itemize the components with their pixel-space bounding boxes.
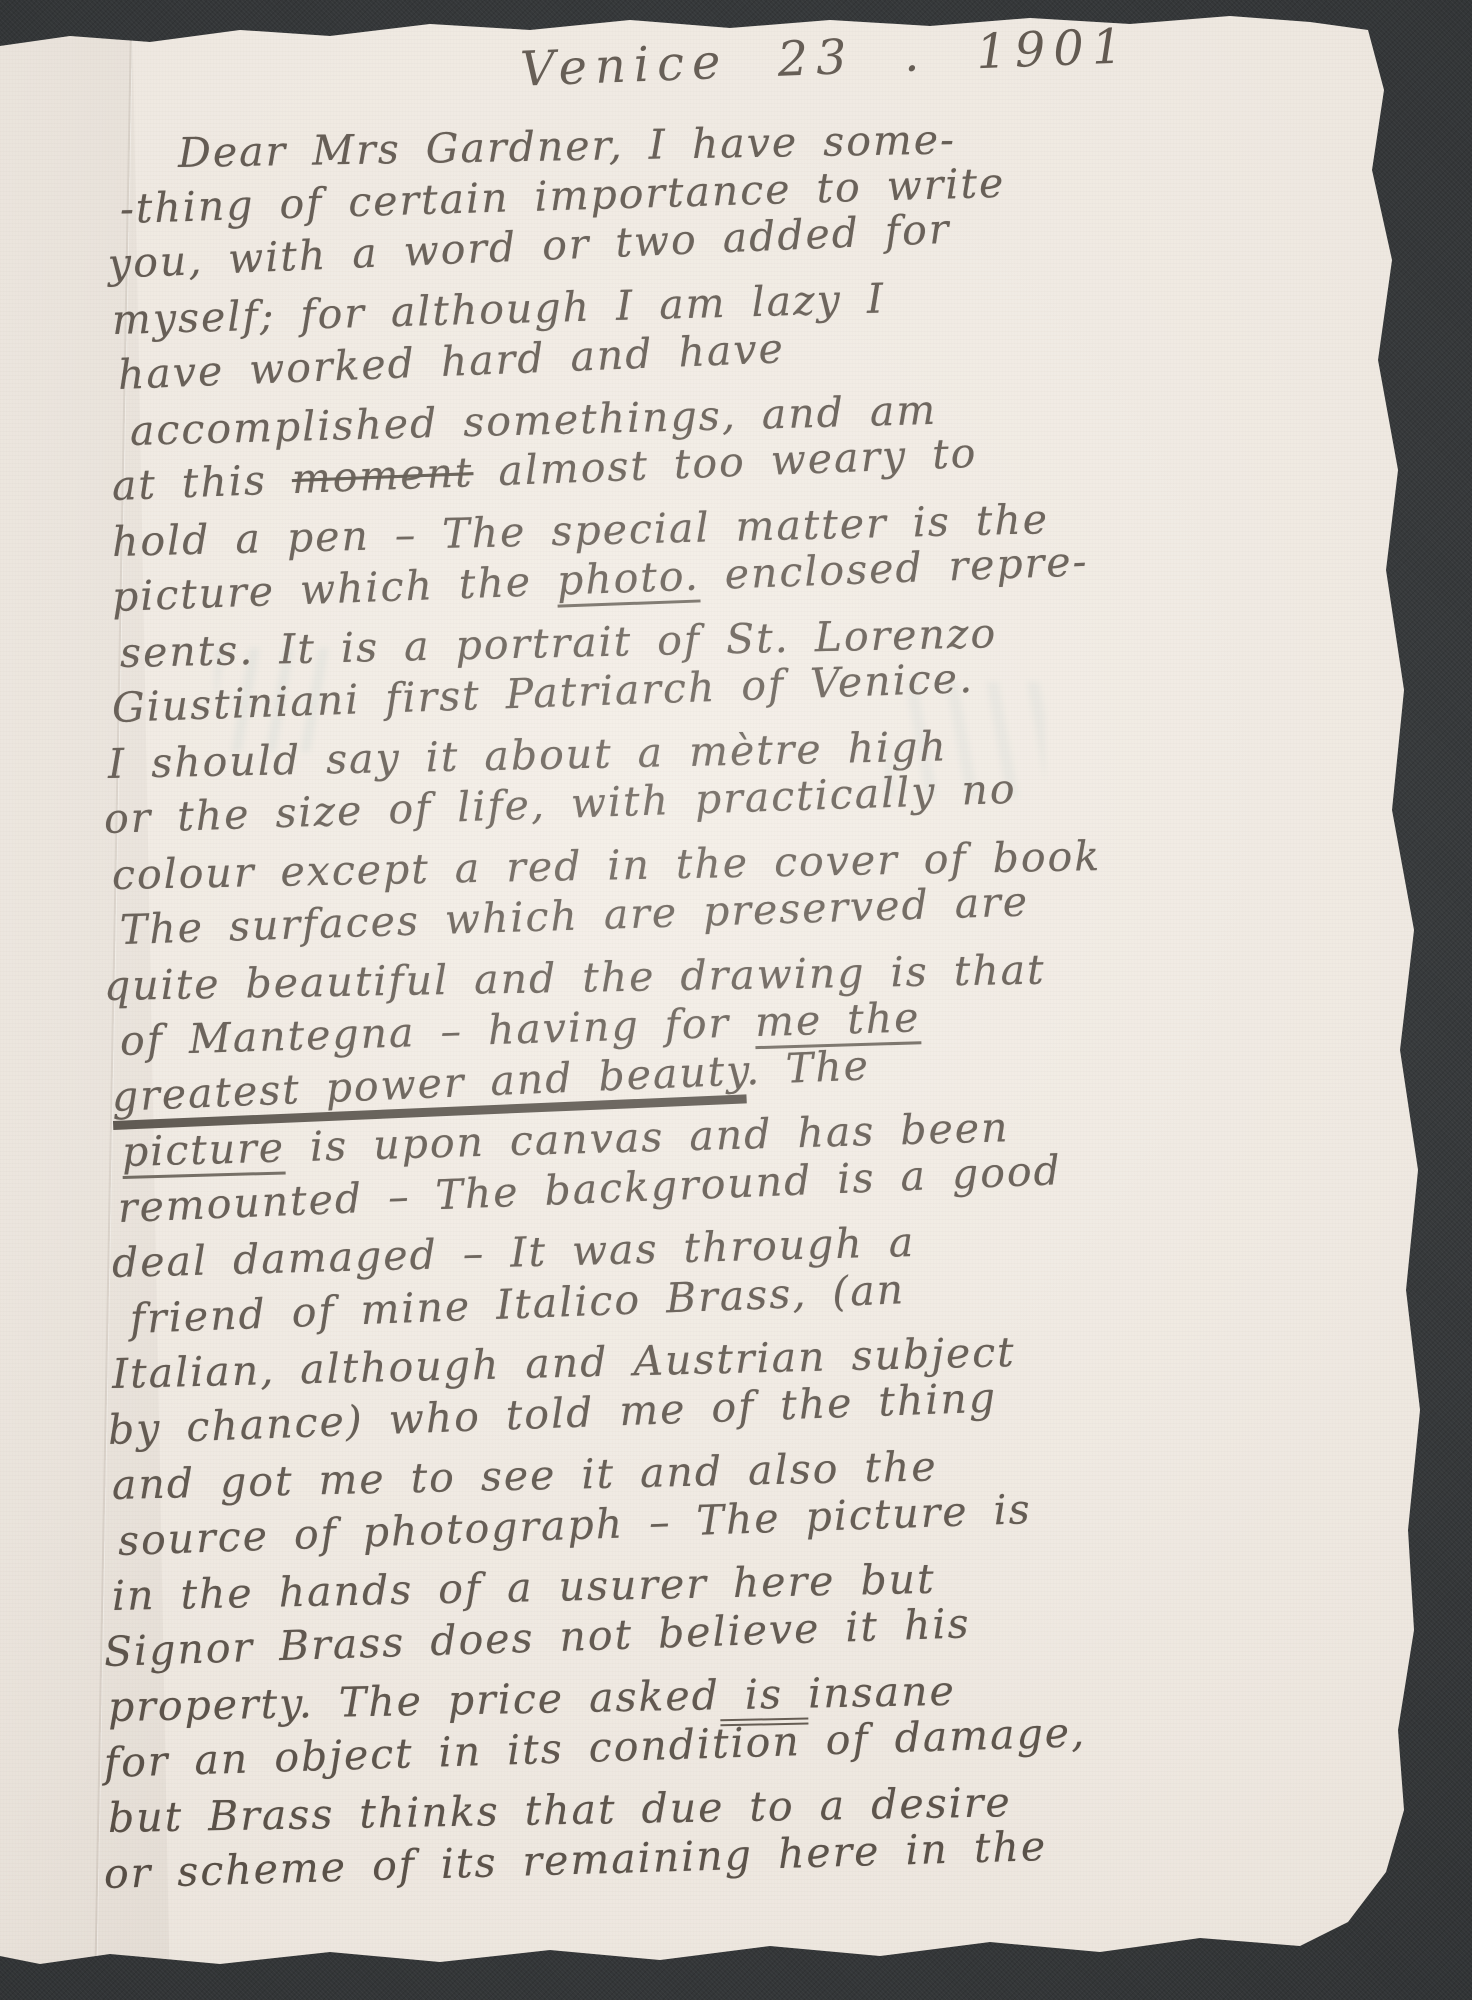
letter-paper: Venice 23 . 1901 Dear Mrs Gardner, I hav… <box>0 0 1472 2000</box>
inked-strike: moment <box>291 448 474 503</box>
letter-body: Dear Mrs Gardner, I have some--thing of … <box>100 126 1340 1902</box>
letter-scan: Venice 23 . 1901 Dear Mrs Gardner, I hav… <box>0 0 1472 2000</box>
inked-underline: picture <box>121 1123 285 1179</box>
inked-underline: photo. <box>556 551 701 607</box>
dateline: Venice 23 . 1901 <box>519 18 1131 97</box>
